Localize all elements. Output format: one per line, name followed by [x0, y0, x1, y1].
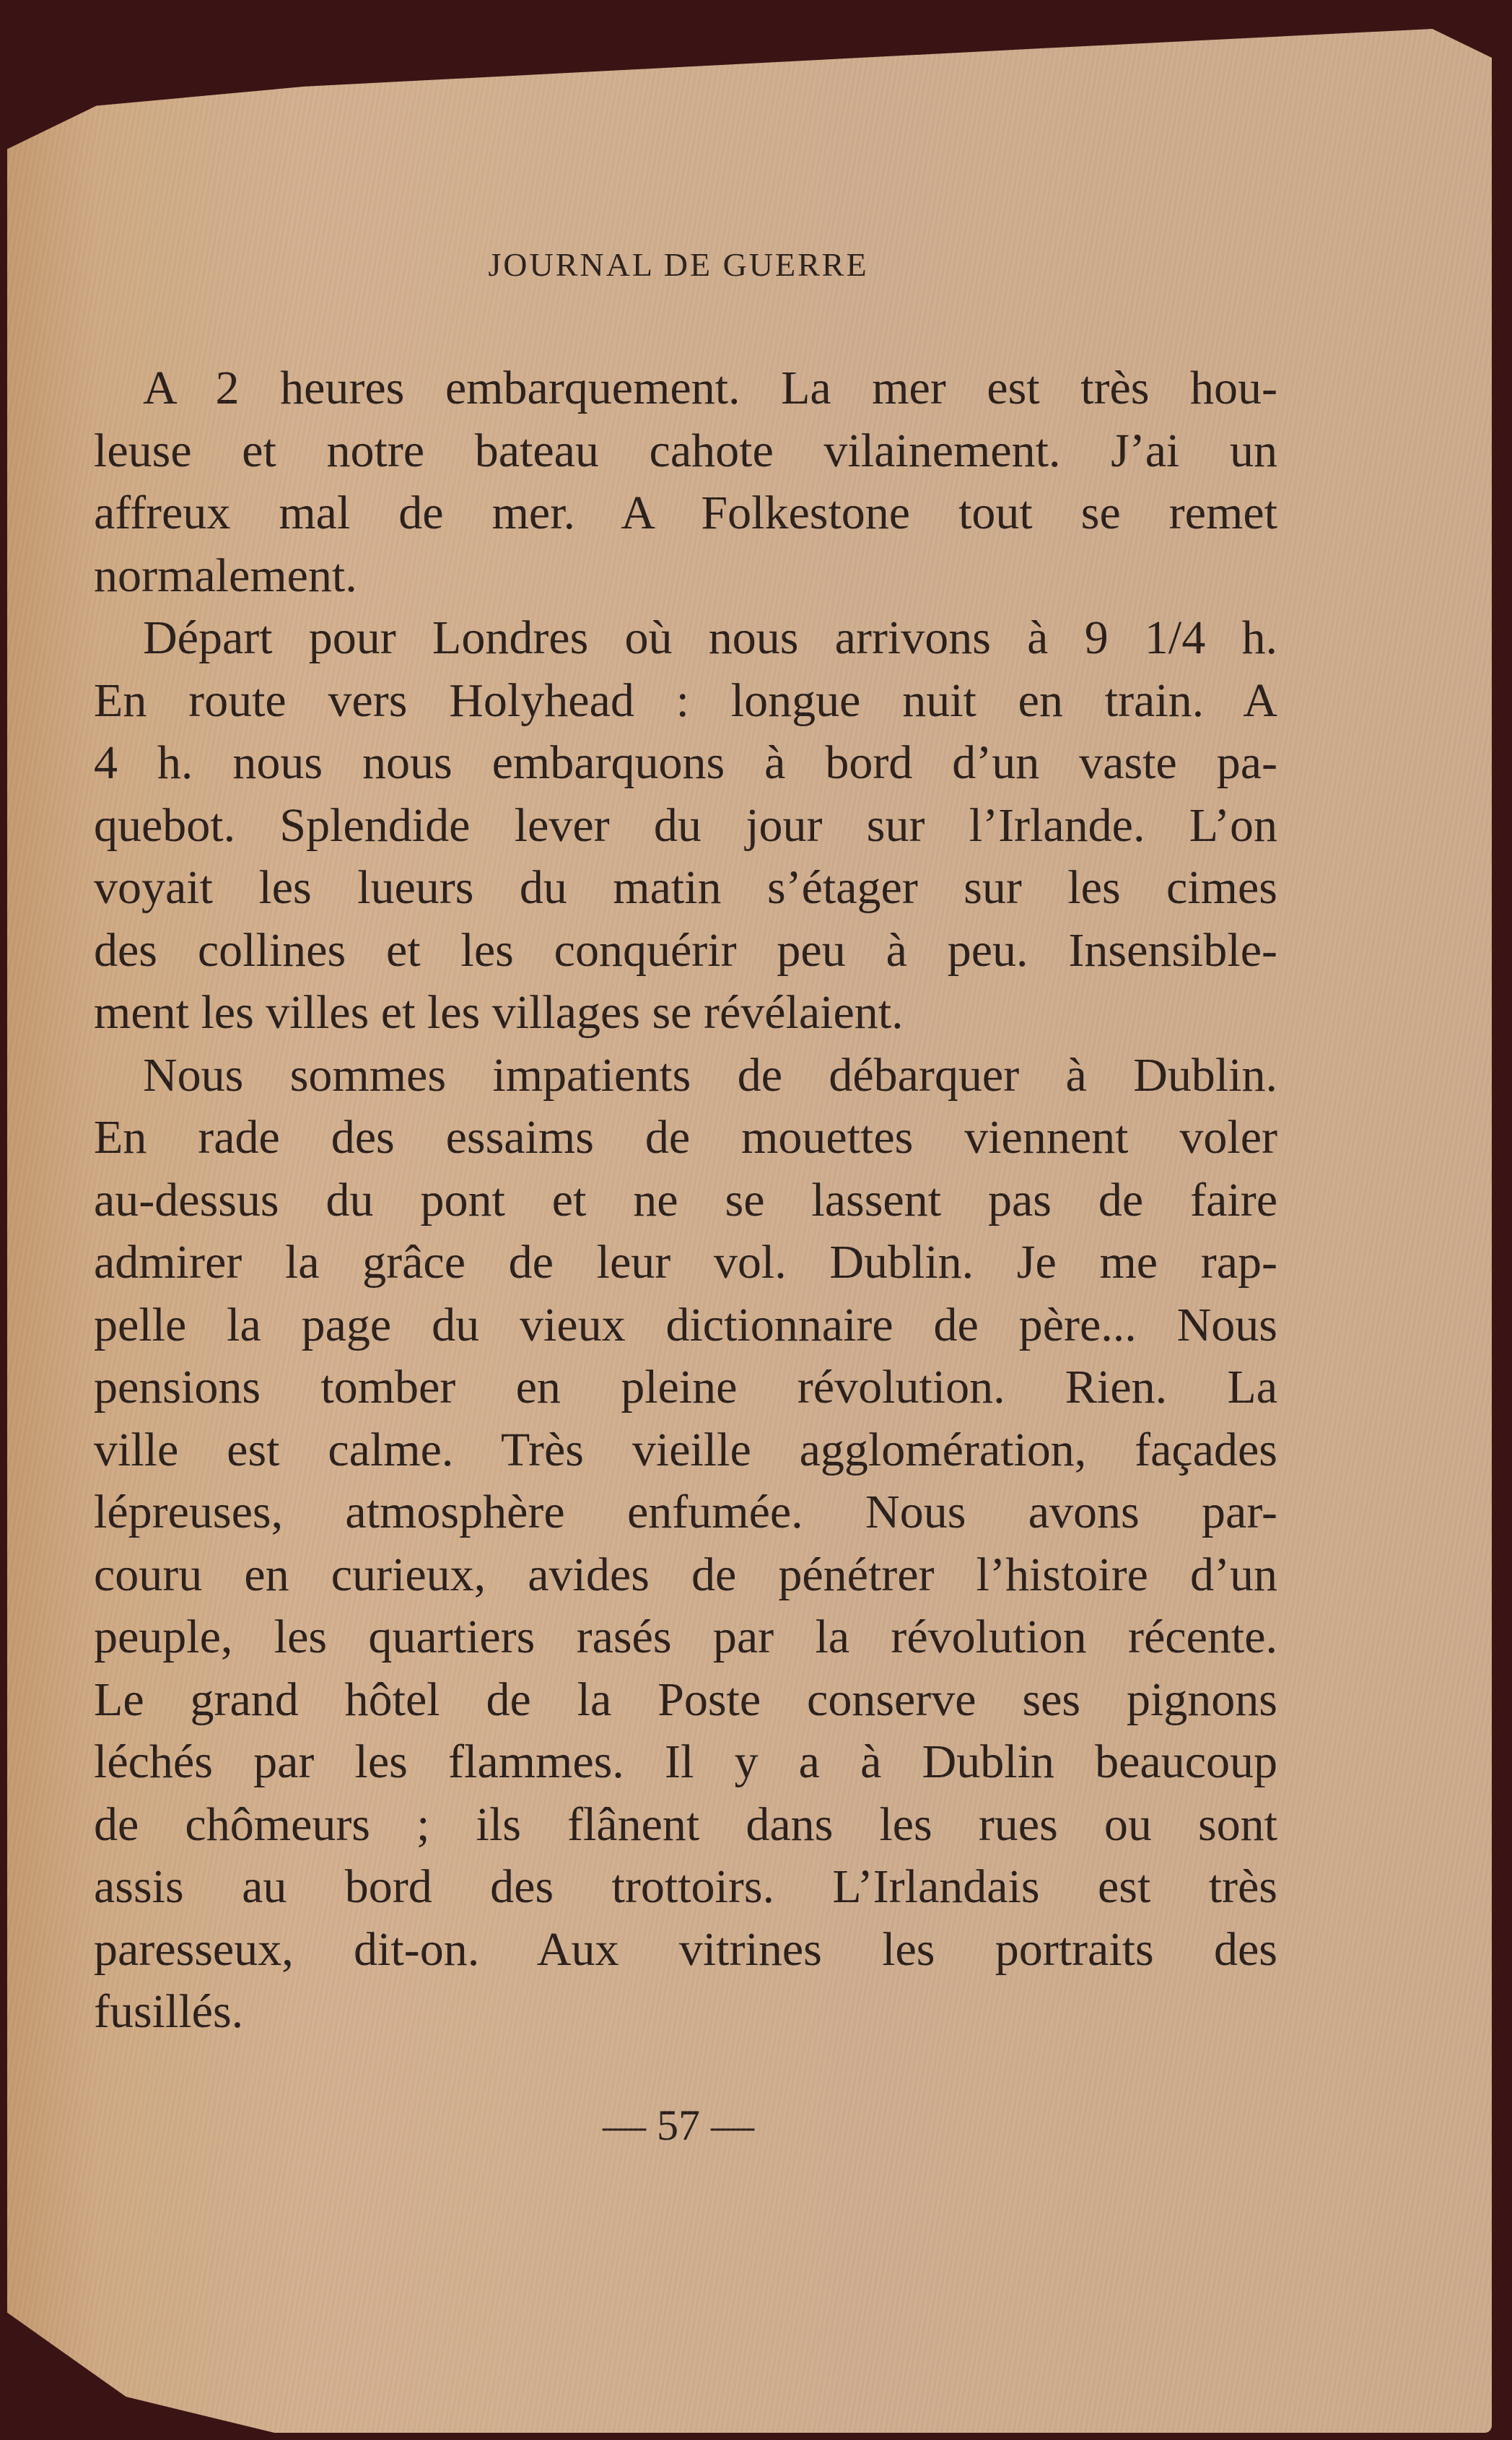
text-line: fusillés. [94, 1981, 1277, 2044]
text-line: couru en curieux, avides de pénétrer l’h… [94, 1544, 1277, 1607]
body-text: A 2 heures embarquement. La mer est très… [94, 357, 1277, 2044]
text-line: ville est calme. Très vieille agglomérat… [94, 1419, 1277, 1482]
page-number: — 57 — [7, 2101, 1350, 2151]
paragraph-1: A 2 heures embarquement. La mer est très… [94, 357, 1277, 607]
text-line: quebot. Splendide lever du jour sur l’Ir… [94, 795, 1277, 858]
text-line: En rade des essaims de mouettes viennent… [94, 1107, 1277, 1169]
running-head: JOURNAL DE GUERRE [7, 245, 1350, 284]
text-line: peuple, les quartiers rasés par la révol… [94, 1606, 1277, 1669]
text-line: normalement. [94, 545, 1277, 608]
text-line: au-dessus du pont et ne se lassent pas d… [94, 1169, 1277, 1232]
book-page: JOURNAL DE GUERRE A 2 heures embarquemen… [7, 29, 1492, 2433]
text-line: Départ pour Londres où nous arrivons à 9… [94, 607, 1277, 670]
text-line: assis au bord des trottoirs. L’Irlandais… [94, 1856, 1277, 1919]
text-line: pensions tomber en pleine révolution. Ri… [94, 1356, 1277, 1419]
text-line: lépreuses, atmosphère enfumée. Nous avon… [94, 1481, 1277, 1544]
text-line: affreux mal de mer. A Folkestone tout se… [94, 482, 1277, 545]
text-line: A 2 heures embarquement. La mer est très… [94, 357, 1277, 420]
paragraph-2: Départ pour Londres où nous arrivons à 9… [94, 607, 1277, 1045]
text-line: admirer la grâce de leur vol. Dublin. Je… [94, 1232, 1277, 1294]
text-line: des collines et les conquérir peu à peu.… [94, 920, 1277, 982]
text-line: Le grand hôtel de la Poste conserve ses … [94, 1669, 1277, 1732]
text-line: Nous sommes impatients de débarquer à Du… [94, 1045, 1277, 1107]
text-line: En route vers Holyhead : longue nuit en … [94, 670, 1277, 733]
text-line: pelle la page du vieux dictionnaire de p… [94, 1294, 1277, 1357]
text-line: leuse et notre bateau cahote vilainement… [94, 420, 1277, 483]
text-line: de chômeurs ; ils flânent dans les rues … [94, 1794, 1277, 1857]
text-line: voyait les lueurs du matin s’étager sur … [94, 857, 1277, 920]
text-line: paresseux, dit-on. Aux vitrines les port… [94, 1919, 1277, 1982]
text-line: léchés par les flammes. Il y a à Dublin … [94, 1731, 1277, 1794]
text-line: ment les villes et les villages se révél… [94, 982, 1277, 1045]
paragraph-3: Nous sommes impatients de débarquer à Du… [94, 1045, 1277, 2044]
text-line: 4 h. nous nous embarquons à bord d’un va… [94, 732, 1277, 795]
